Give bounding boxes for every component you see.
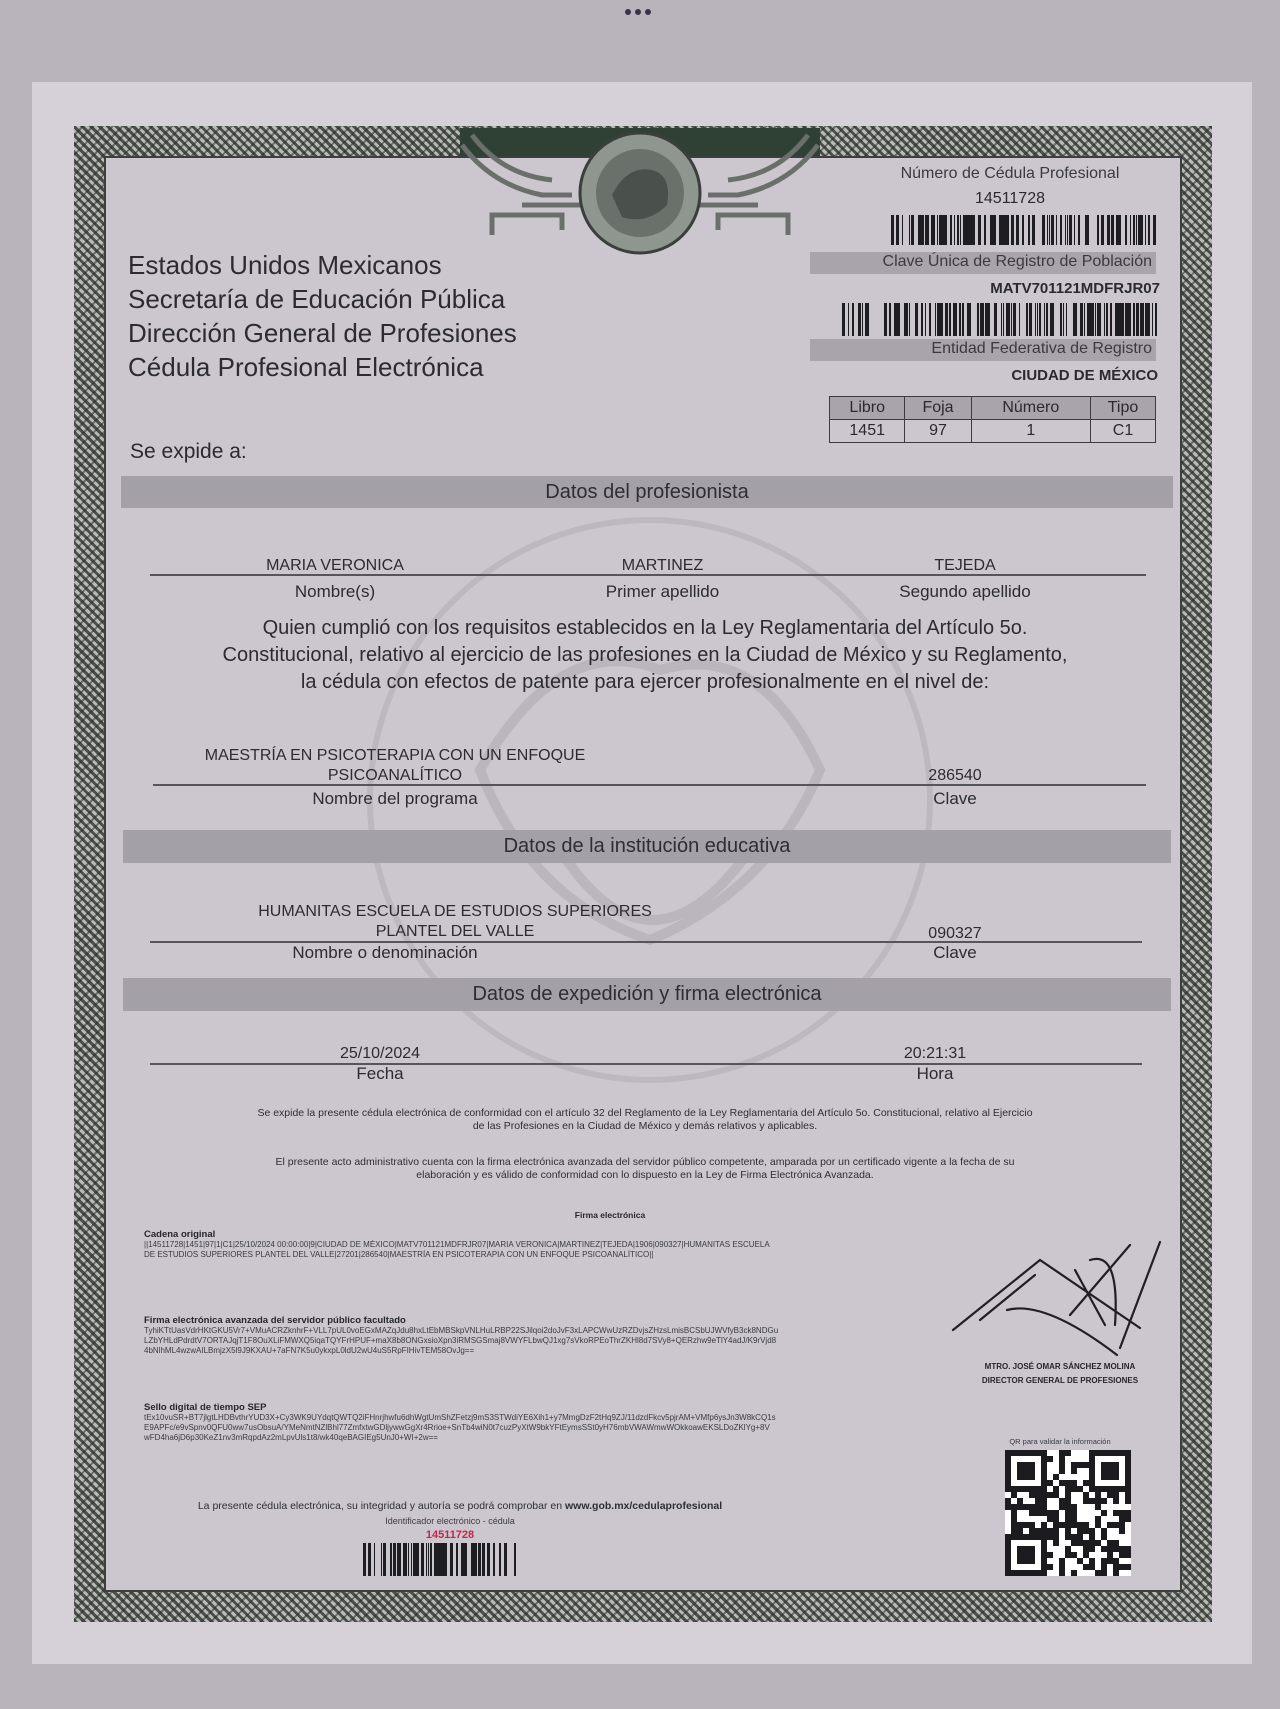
id-barcode xyxy=(362,1543,518,1576)
sello-line: E9APFc/e9vSpnv0QFU0ww7usObsuA/YMeNmtNZlB… xyxy=(144,1423,939,1433)
cadena-label: Cadena original xyxy=(144,1229,944,1240)
cedula-label: Número de Cédula Profesional xyxy=(860,165,1160,183)
program-clave: 286540 xyxy=(880,767,1030,785)
header-line: Secretaría de Educación Pública xyxy=(128,282,517,316)
table-cell: 97 xyxy=(905,420,971,443)
cadena-line: ||14511728|1451|97|1|C1|25/10/2024 00:00… xyxy=(144,1240,944,1250)
field-names: MARIA VERONICA xyxy=(200,557,470,575)
section-professional: Datos del profesionista xyxy=(121,476,1173,508)
program-name-line1: MAESTRÍA EN PSICOTERAPIA CON UN ENFOQUE xyxy=(140,747,650,765)
legal-note-2: El presente acto administrativo cuenta c… xyxy=(130,1156,1160,1182)
caption: Nombre o denominación xyxy=(220,943,550,963)
caption: Clave xyxy=(880,943,1030,963)
cadena-original: Cadena original ||14511728|1451|97|1|C1|… xyxy=(144,1229,944,1260)
firma-line: TyhiKTtUasVdrHKtGKU5Vr7+VMuACRZknhrF+VLL… xyxy=(144,1326,939,1336)
section-institution: Datos de la institución educativa xyxy=(123,830,1171,863)
caption: Clave xyxy=(880,789,1030,809)
advanced-signature: Firma electrónica avanzada del servidor … xyxy=(144,1315,939,1356)
field-first-surname: MARTINEZ xyxy=(530,557,795,575)
sello-line: tEx10vuSR+BT7jlgtLHDBvthrYUD3X+Cy3WK9UYd… xyxy=(144,1413,939,1423)
header-line: Estados Unidos Mexicanos xyxy=(128,248,517,282)
issue-time: 20:21:31 xyxy=(860,1045,1010,1063)
verify-statement: La presente cédula electrónica, su integ… xyxy=(140,1500,780,1513)
legal-note-1: Se expide la presente cédula electrónica… xyxy=(130,1107,1160,1133)
caption: Fecha xyxy=(290,1064,470,1084)
table-header: Libro xyxy=(830,397,905,420)
sello-line: wFD4ha6jD6p30KeZ1nv3mRqpdAz2mLpvUls1t8/w… xyxy=(144,1433,939,1443)
divider xyxy=(150,574,1146,576)
signer-title: DIRECTOR GENERAL DE PROFESIONES xyxy=(945,1376,1175,1385)
note-line: El presente acto administrativo cuenta c… xyxy=(130,1156,1160,1169)
verify-link[interactable]: www.gob.mx/cedulaprofesional xyxy=(565,1500,722,1512)
caption: Hora xyxy=(860,1064,1010,1084)
table-cell: 1 xyxy=(971,420,1090,443)
program-name-line2: PSICOANALÍTICO xyxy=(140,767,650,785)
note-line: elaboración y es válido de conformidad c… xyxy=(130,1169,1160,1182)
curp-barcode xyxy=(840,303,1158,336)
qr-label: QR para validar la información xyxy=(980,1437,1140,1447)
table-cell: 1451 xyxy=(830,420,905,443)
caption: Nombre del programa xyxy=(240,789,550,809)
id-value: 14511728 xyxy=(340,1529,560,1541)
section-issuance: Datos de expedición y firma electrónica xyxy=(123,978,1171,1011)
firma-line: 4bNlhML4wzwAILBmjzX5l9J9KXAU+7aFN7K5u0yk… xyxy=(144,1346,939,1356)
cadena-line: DE ESTUDIOS SUPERIORES PLANTEL DEL VALLE… xyxy=(144,1250,944,1260)
table-cell: C1 xyxy=(1090,420,1155,443)
legal-statement: Quien cumplió con los requisitos estable… xyxy=(120,615,1170,696)
validation-qr-code[interactable] xyxy=(1005,1450,1131,1576)
table-header: Foja xyxy=(905,397,971,420)
header-line: Cédula Profesional Electrónica xyxy=(128,350,517,384)
issued-to-label: Se expide a: xyxy=(130,440,247,464)
legal-line: Quien cumplió con los requisitos estable… xyxy=(120,615,1170,642)
issue-date: 25/10/2024 xyxy=(290,1045,470,1063)
institution-name-line1: HUMANITAS ESCUELA DE ESTUDIOS SUPERIORES xyxy=(200,903,710,921)
header-line: Dirección General de Profesiones xyxy=(128,316,517,350)
divider xyxy=(153,784,1146,786)
curp-value: MATV701121MDFRJR07 xyxy=(850,280,1160,297)
time-stamp-seal: Sello digital de tiempo SEP tEx10vuSR+BT… xyxy=(144,1402,939,1443)
caption: Nombre(s) xyxy=(200,582,470,602)
table-header: Número xyxy=(971,397,1090,420)
caption: Primer apellido xyxy=(530,582,795,602)
signature-heading: Firma electrónica xyxy=(500,1210,720,1220)
note-line: de las Profesiones en la Ciudad de Méxic… xyxy=(130,1120,1160,1133)
firma-line: LZbYHLdPdrdtV7ORTAJqjT1F8OuXLiFMWXQ5iqaT… xyxy=(144,1336,939,1346)
issuer-header: Estados Unidos Mexicanos Secretaría de E… xyxy=(128,248,517,384)
institution-name-line2: PLANTEL DEL VALLE xyxy=(200,923,710,941)
handwritten-signature-icon xyxy=(945,1230,1165,1360)
more-dots-icon[interactable] xyxy=(625,9,651,15)
caption: Segundo apellido xyxy=(850,582,1080,602)
field-second-surname: TEJEDA xyxy=(850,557,1080,575)
note-line: Se expide la presente cédula electrónica… xyxy=(130,1107,1160,1120)
entity-label: Entidad Federativa de Registro xyxy=(810,340,1152,358)
signer-name: MTRO. JOSÉ OMAR SÁNCHEZ MOLINA xyxy=(945,1362,1175,1371)
sello-label: Sello digital de tiempo SEP xyxy=(144,1402,939,1413)
cedula-barcode xyxy=(890,215,1158,245)
cedula-number: 14511728 xyxy=(860,190,1160,208)
id-label: Identificador electrónico - cédula xyxy=(340,1516,560,1526)
firma-label: Firma electrónica avanzada del servidor … xyxy=(144,1315,939,1326)
legal-line: Constitucional, relativo al ejercicio de… xyxy=(120,642,1170,669)
registry-table: Libro Foja Número Tipo 1451 97 1 C1 xyxy=(829,396,1156,443)
entity-value: CIUDAD DE MÉXICO xyxy=(850,367,1158,384)
national-seal-icon xyxy=(452,125,828,265)
legal-line: la cédula con efectos de patente para ej… xyxy=(120,669,1170,696)
table-header: Tipo xyxy=(1090,397,1155,420)
curp-label: Clave Única de Registro de Población xyxy=(810,253,1152,271)
verify-text: La presente cédula electrónica, su integ… xyxy=(198,1500,565,1512)
